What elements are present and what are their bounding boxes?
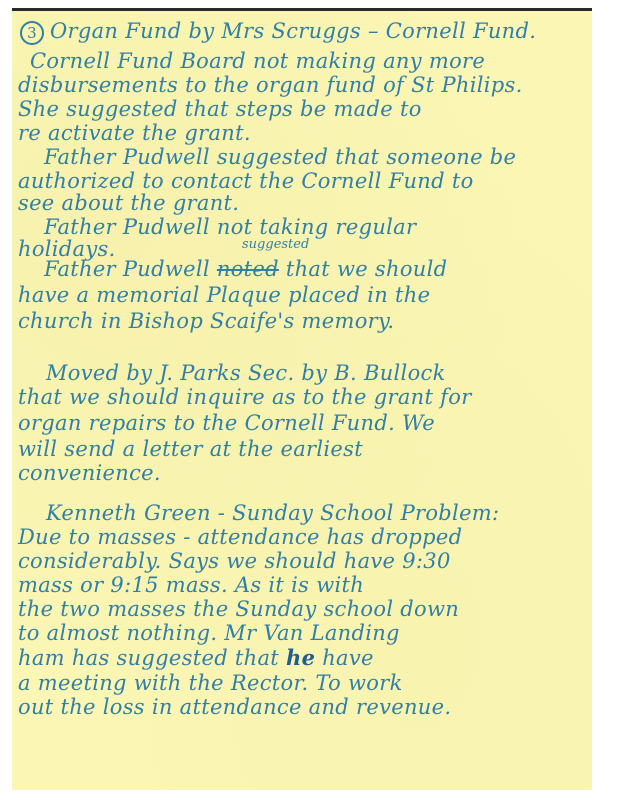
handwritten-line-12: have a memorial Plaque placed in the: [18, 283, 430, 307]
handwritten-line-21: considerably. Says we should have 9:30: [18, 549, 451, 573]
handwritten-line-16: organ repairs to the Cornell Fund. We: [18, 411, 435, 435]
handwritten-line-23: the two masses the Sunday school down: [18, 597, 459, 621]
handwritten-line-2: Cornell Fund Board not making any more: [30, 49, 485, 73]
handwritten-line-8: see about the grant.: [18, 191, 239, 215]
handwritten-line-7: authorized to contact the Cornell Fund t…: [18, 169, 474, 193]
handwritten-line-9: Father Pudwell not taking regular: [44, 215, 416, 239]
handwritten-line-14: Moved by J. Parks Sec. by B. Bullock: [46, 361, 446, 385]
handwritten-line-15: that we should inquire as to the grant f…: [18, 385, 472, 409]
handwritten-line-19: Kenneth Green - Sunday School Problem:: [46, 501, 499, 525]
handwritten-line-24: to almost nothing. Mr Van Landing: [18, 621, 400, 645]
handwritten-line-11: Father Pudwell noted that we should: [44, 257, 447, 281]
handwritten-line-5: re activate the grant.: [18, 121, 251, 145]
handwritten-line-20: Due to masses - attendance has dropped: [18, 525, 462, 549]
struck-word-noted: noted: [217, 257, 279, 281]
handwritten-line-27: out the loss in attendance and revenue.: [18, 695, 451, 719]
inserted-word-suggested: suggested: [242, 237, 309, 252]
legal-pad-page: 3Organ Fund by Mrs Scruggs – Cornell Fun…: [12, 8, 592, 790]
handwritten-line-17: will send a letter at the earliest: [18, 437, 363, 461]
handwritten-line-6: Father Pudwell suggested that someone be: [44, 145, 516, 169]
item-number-circle: 3: [20, 21, 44, 45]
handwritten-line-22: mass or 9:15 mass. As it is with: [18, 573, 364, 597]
handwritten-line-3: disbursements to the organ fund of St Ph…: [18, 73, 523, 97]
handwritten-line-26: a meeting with the Rector. To work: [18, 671, 403, 695]
handwritten-line-1: 3Organ Fund by Mrs Scruggs – Cornell Fun…: [20, 19, 536, 45]
handwritten-line-4: She suggested that steps be made to: [18, 97, 422, 121]
handwritten-line-25: ham has suggested that he have: [18, 645, 374, 670]
handwritten-line-18: convenience.: [18, 461, 161, 485]
overwritten-word-he: he: [286, 645, 315, 670]
handwritten-line-13: church in Bishop Scaife's memory.: [18, 309, 394, 333]
